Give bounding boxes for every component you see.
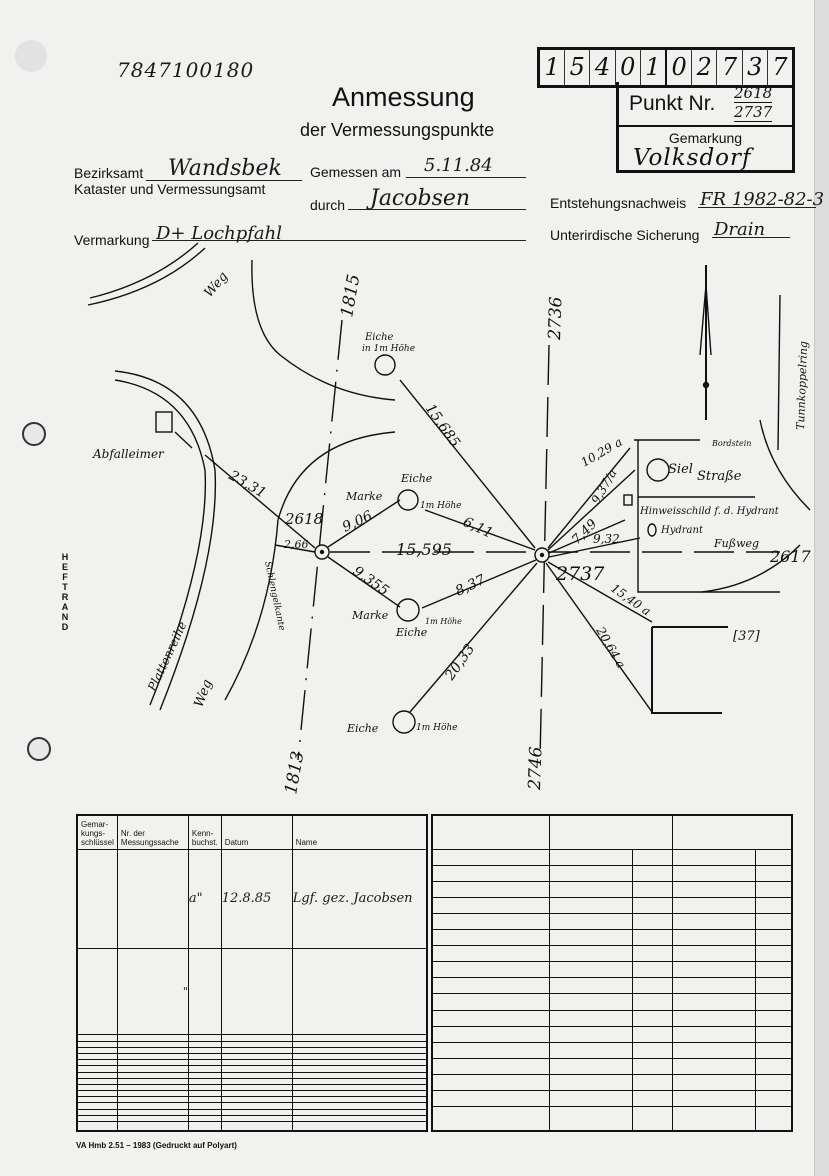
label-strasse: Straße: [697, 469, 742, 484]
table-row: [432, 946, 792, 962]
cell: [77, 849, 117, 948]
table-row: [432, 1091, 792, 1107]
label-eiche-height: 1m Höhe: [420, 501, 462, 511]
header-name: Name: [292, 815, 427, 849]
measure: 6,11: [460, 514, 495, 542]
cell: [632, 946, 672, 962]
cell: [632, 1058, 672, 1074]
cell: [549, 815, 672, 849]
cell: [549, 1107, 632, 1131]
cell: [549, 1010, 632, 1026]
hinweisschild-icon: [624, 495, 632, 505]
table-row: [432, 881, 792, 897]
cell: [755, 865, 792, 881]
cell: [549, 1058, 632, 1074]
cell: [672, 913, 755, 929]
siel-icon: [647, 459, 669, 481]
cell: [755, 1042, 792, 1058]
cell: [432, 849, 549, 865]
cell: [632, 865, 672, 881]
table-row: [432, 1107, 792, 1131]
cell: [432, 962, 549, 978]
point-label-1813: 1813: [281, 750, 308, 796]
cell: Lgf. gez. Jacobsen: [292, 849, 427, 948]
cell: [755, 946, 792, 962]
cell: [549, 962, 632, 978]
cell: [672, 849, 755, 865]
label-weg: Weg: [202, 269, 232, 300]
cell: [432, 1091, 549, 1107]
label-bordstein: Bordstein: [711, 439, 751, 448]
table-row: [432, 962, 792, 978]
table-row: [432, 1026, 792, 1042]
cell: a": [188, 849, 221, 948]
cell: [632, 1091, 672, 1107]
cell: [432, 865, 549, 881]
cell: [672, 962, 755, 978]
table-row: [432, 1042, 792, 1058]
header-nr-messungssache: Nr. der Messungssache: [117, 815, 188, 849]
label-hydrant: Hydrant: [660, 525, 704, 536]
cell: [672, 1042, 755, 1058]
cell: [292, 1122, 427, 1131]
point-label-2617: 2617: [769, 547, 812, 566]
label-siel: Siel: [668, 462, 693, 477]
cell: [549, 930, 632, 946]
point-label-2746: 2746: [525, 746, 547, 791]
cell: [672, 1058, 755, 1074]
measure: 8,37: [453, 572, 488, 600]
curb-arc-top: [88, 248, 205, 305]
cell: [549, 897, 632, 913]
cell: [632, 930, 672, 946]
cell: [632, 1107, 672, 1131]
cell: [672, 978, 755, 994]
cell: [755, 881, 792, 897]
cell: [755, 930, 792, 946]
cell: [549, 1075, 632, 1091]
cell: [755, 1091, 792, 1107]
table-row: [432, 913, 792, 929]
cell: [672, 1091, 755, 1107]
cell: [672, 881, 755, 897]
label-eiche: Eiche: [346, 722, 379, 735]
cell: [77, 1122, 117, 1131]
cell: [672, 1010, 755, 1026]
weg-arc-bottom: [225, 432, 395, 700]
header-gemarkungsschluessel: Gemar-kungs-schlüssel: [77, 815, 117, 849]
cell: ": [117, 948, 188, 1035]
measure: 9,355: [350, 563, 392, 599]
hydrant-icon: [648, 524, 656, 536]
measure: 2,66: [283, 538, 309, 551]
label-eiche: Eiche: [395, 626, 428, 639]
cell: [755, 913, 792, 929]
table-row: ": [77, 948, 427, 1035]
point-label-1815: 1815: [337, 273, 364, 319]
cell: [549, 865, 632, 881]
cell: [432, 815, 549, 849]
cell: [672, 1107, 755, 1131]
cell: [549, 1026, 632, 1042]
cell: [549, 978, 632, 994]
tree-icon: [397, 599, 419, 621]
cell: [755, 897, 792, 913]
label-marke: Marke: [351, 609, 389, 622]
cell: [549, 1091, 632, 1107]
cell: [672, 815, 792, 849]
cell: [755, 962, 792, 978]
cell: [549, 881, 632, 897]
header-datum: Datum: [221, 815, 292, 849]
tree-icon: [398, 490, 418, 510]
cell: [632, 1042, 672, 1058]
measure: 15,685: [422, 401, 463, 450]
cell: [432, 881, 549, 897]
cell: [755, 1026, 792, 1042]
label-hinweisschild: Hinweisschild f. d. Hydrant: [639, 506, 780, 517]
label-fussweg: Fußweg: [713, 537, 759, 550]
cell: [632, 978, 672, 994]
measure: 15,40 a: [608, 581, 653, 618]
cell: [672, 897, 755, 913]
secondary-log-table: [431, 814, 793, 1132]
cell: [632, 881, 672, 897]
cell: [432, 994, 549, 1010]
cell: [549, 994, 632, 1010]
cell: [432, 1075, 549, 1091]
cell: [432, 1042, 549, 1058]
cell: [432, 930, 549, 946]
cell: 12.8.85: [221, 849, 292, 948]
table-row: [432, 1058, 792, 1074]
point-label-2736: 2736: [545, 296, 567, 341]
header-kennbuchstabe: Kenn-buchst.: [188, 815, 221, 849]
cell: [549, 946, 632, 962]
measure: 9,32: [593, 532, 620, 546]
label-marke: Marke: [345, 490, 383, 503]
cell: [632, 913, 672, 929]
table-row: [77, 1122, 427, 1131]
cell: [432, 946, 549, 962]
label-eiche: Eiche: [400, 472, 433, 485]
house-number: [37]: [733, 629, 761, 644]
weg-arc-top: [252, 260, 395, 400]
cell: [755, 1010, 792, 1026]
abfalleimer-icon: [156, 412, 172, 432]
label-tunnkoppelring: Tunnkoppelring: [794, 341, 810, 430]
cell: [632, 1075, 672, 1091]
survey-sketch: 1813 1815 2736 2746 2618 2737 2617 [37] …: [0, 0, 829, 810]
cell: [632, 1026, 672, 1042]
cell: [117, 1122, 188, 1131]
tree-icon: [393, 711, 415, 733]
cell: [77, 948, 117, 1035]
house-outline: [652, 627, 728, 713]
label-eiche: Eiche: [364, 332, 394, 343]
cell: [632, 849, 672, 865]
cell: [432, 1026, 549, 1042]
cell: [755, 1075, 792, 1091]
cell: [672, 946, 755, 962]
measure: 15,595: [396, 540, 452, 559]
table-header-row: [432, 815, 792, 849]
label-plattenreihe: Plattenreihe: [145, 619, 190, 694]
cell: [549, 1042, 632, 1058]
cell: [755, 849, 792, 865]
table-row: [432, 994, 792, 1010]
cell: [549, 849, 632, 865]
point-label-2618: 2618: [284, 510, 323, 528]
table-row: [432, 849, 792, 865]
cell: [292, 948, 427, 1035]
table-row: [432, 897, 792, 913]
cell: [672, 1075, 755, 1091]
cell: [432, 1058, 549, 1074]
cell: [632, 1010, 672, 1026]
measurement-log-table: Gemar-kungs-schlüssel Nr. der Messungssa…: [76, 814, 428, 1132]
measure: 9,37/a: [588, 467, 619, 507]
table-row: [432, 1010, 792, 1026]
cell: [755, 978, 792, 994]
cell: [221, 1122, 292, 1131]
cell: [188, 948, 221, 1035]
measure: 9,06: [340, 508, 375, 536]
measure: 20,33: [442, 641, 479, 684]
cell: [549, 913, 632, 929]
measure: 23,31: [225, 467, 269, 501]
cell: [432, 1107, 549, 1131]
cell: [672, 865, 755, 881]
tree-icon: [375, 355, 395, 375]
cell: [188, 1122, 221, 1131]
label-weg: Weg: [192, 678, 216, 710]
table-row: [432, 865, 792, 881]
cell: [672, 930, 755, 946]
cell: [755, 1058, 792, 1074]
cell: [755, 1107, 792, 1131]
label-eiche-height: in 1m Höhe: [362, 344, 415, 354]
cell: [672, 994, 755, 1010]
label-eiche-height: 1m Höhe: [416, 723, 458, 733]
measure: 20,64 a: [593, 624, 628, 671]
measure: 10,29 a: [579, 435, 625, 470]
table-row: a" 12.8.85 Lgf. gez. Jacobsen: [77, 849, 427, 948]
form-footer: VA Hmb 2.51 – 1983 (Gedruckt auf Polyart…: [76, 1141, 237, 1150]
table-row: [432, 930, 792, 946]
label-eiche-height: 1m Höhe: [425, 617, 462, 626]
cell: [672, 1026, 755, 1042]
cell: [432, 897, 549, 913]
cell: [221, 948, 292, 1035]
cell: [432, 978, 549, 994]
table-row: [432, 1075, 792, 1091]
cell: [432, 913, 549, 929]
cell: [432, 1010, 549, 1026]
cell: [632, 994, 672, 1010]
cell: [632, 962, 672, 978]
cell: [117, 849, 188, 948]
cell: [755, 994, 792, 1010]
label-abfalleimer: Abfalleimer: [92, 447, 165, 461]
point-label-2737: 2737: [555, 563, 605, 585]
table-row: [432, 978, 792, 994]
cell: [632, 897, 672, 913]
